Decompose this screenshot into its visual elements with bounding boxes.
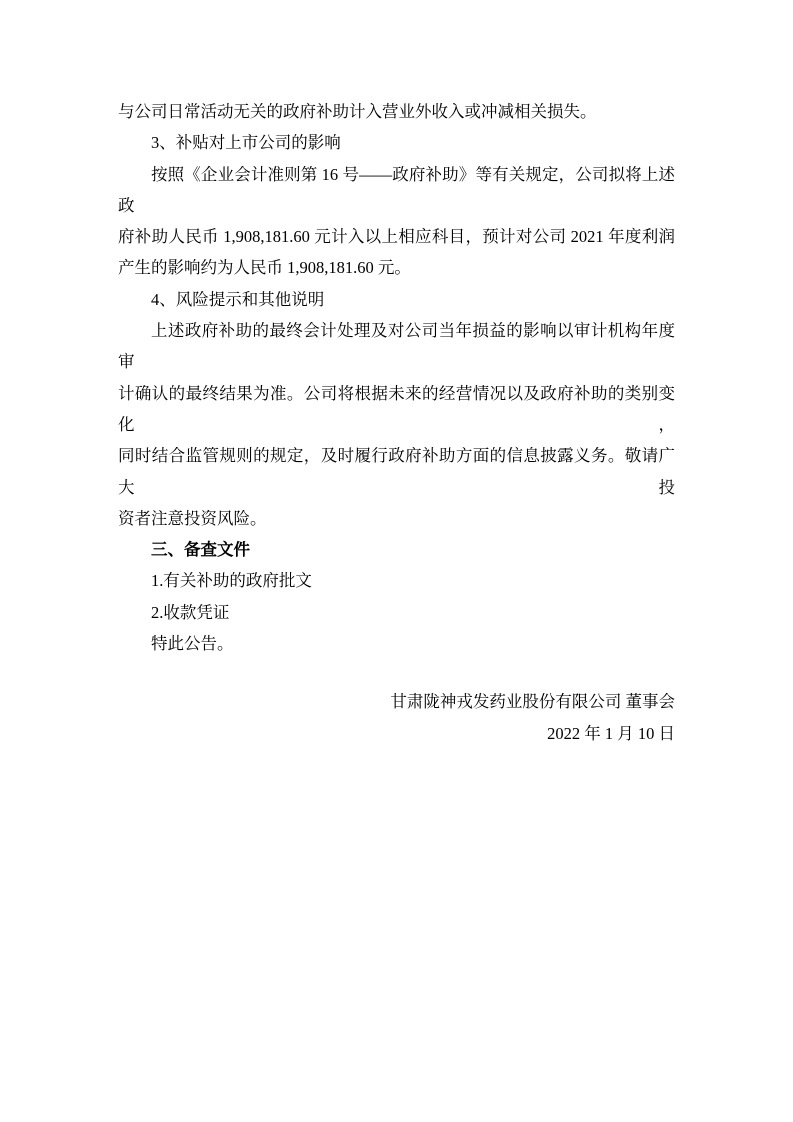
section-heading-documents: 三、备查文件 bbox=[118, 534, 675, 565]
risk-paragraph-line-4: 资者注意投资风险。 bbox=[118, 503, 675, 534]
subsection-heading-3: 3、补贴对上市公司的影响 bbox=[118, 127, 675, 158]
document-body: 与公司日常活动无关的政府补助计入营业外收入或冲减相关损失。 3、补贴对上市公司的… bbox=[118, 96, 675, 749]
risk-paragraph-line-1: 上述政府补助的最终会计处理及对公司当年损益的影响以审计机构年度审 bbox=[118, 315, 675, 378]
document-item-2: 2.收款凭证 bbox=[118, 597, 675, 628]
announcement-page: 与公司日常活动无关的政府补助计入营业外收入或冲减相关损失。 3、补贴对上市公司的… bbox=[0, 0, 793, 1122]
risk-paragraph-line-3: 同时结合监管规则的规定，及时履行政府补助方面的信息披露义务。敬请广大投 bbox=[118, 440, 675, 503]
impact-paragraph-line-1: 按照《企业会计准则第 16 号——政府补助》等有关规定，公司拟将上述政 bbox=[118, 159, 675, 222]
document-item-1: 1.有关补助的政府批文 bbox=[118, 565, 675, 596]
closing-statement: 特此公告。 bbox=[118, 628, 675, 659]
subsection-heading-4: 4、风险提示和其他说明 bbox=[118, 284, 675, 315]
risk-paragraph-line-2: 计确认的最终结果为准。公司将根据未来的经营情况以及政府补助的类别变化， bbox=[118, 378, 675, 441]
impact-paragraph-line-3: 产生的影响约为人民币 1,908,181.60 元。 bbox=[118, 252, 675, 283]
signature-date: 2022 年 1 月 10 日 bbox=[118, 718, 675, 749]
impact-paragraph-line-2: 府补助人民币 1,908,181.60 元计入以上相应科目，预计对公司 2021… bbox=[118, 221, 675, 252]
paragraph-continuation-line: 与公司日常活动无关的政府补助计入营业外收入或冲减相关损失。 bbox=[118, 96, 675, 127]
signature-company: 甘肃陇神戎发药业股份有限公司 董事会 bbox=[118, 686, 675, 717]
signature-block: 甘肃陇神戎发药业股份有限公司 董事会 2022 年 1 月 10 日 bbox=[118, 686, 675, 749]
